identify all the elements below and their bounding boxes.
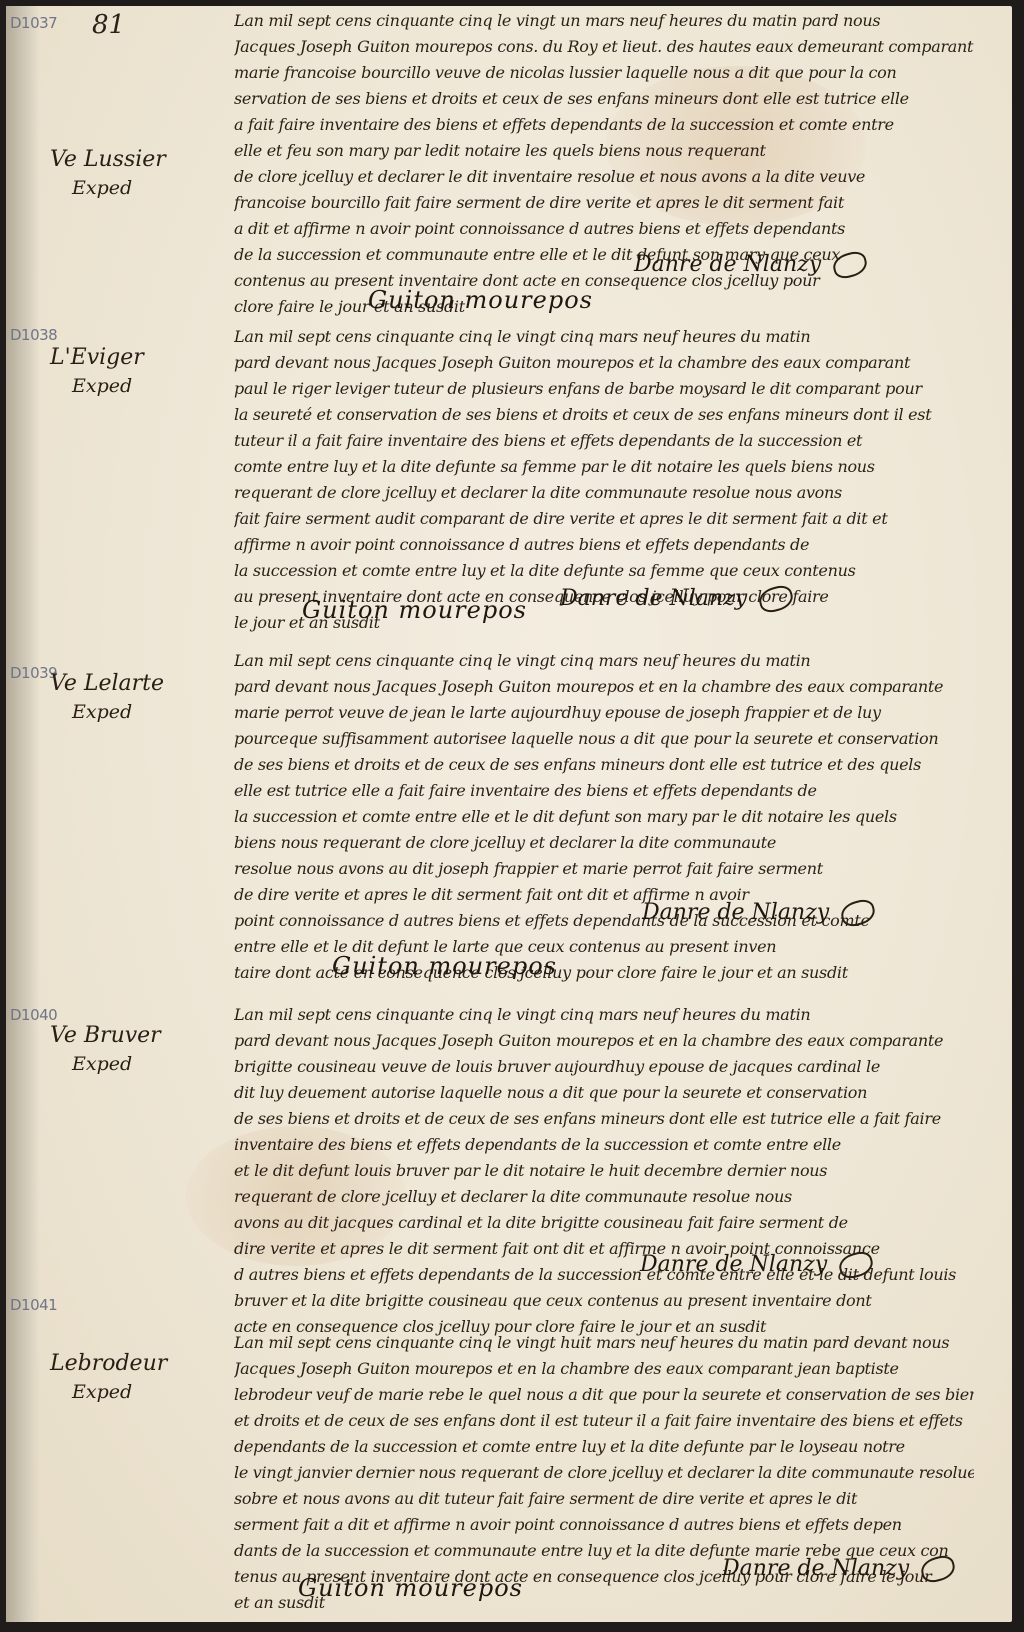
margin-status: Exped: [50, 698, 220, 726]
archive-ref: D1037: [10, 14, 57, 32]
text-line: et droits et de ceux de ses enfans dont …: [234, 1408, 974, 1434]
text-line: a fait faire inventaire des biens et eff…: [234, 112, 974, 138]
archive-ref: D1038: [10, 326, 57, 344]
text-line: a dit et affirme n avoir point connoissa…: [234, 216, 974, 242]
margin-name: Ve Lelarte: [50, 671, 164, 696]
text-line: la succession et comte entre luy et la d…: [234, 558, 974, 584]
margin-status: Exped: [50, 174, 220, 202]
text-line: le vingt janvier dernier nous requerant …: [234, 1460, 974, 1486]
text-line: et le dit defunt louis bruver par le dit…: [234, 1158, 974, 1184]
text-line: paul le riger leviger tuteur de plusieur…: [234, 376, 974, 402]
text-line: de clore jcelluy et declarer le dit inve…: [234, 164, 974, 190]
text-line: inventaire des biens et effets dependant…: [234, 1132, 974, 1158]
text-line: bruver et la dite brigitte cousineau que…: [234, 1288, 974, 1314]
text-line: de ses biens et droits et de ceux de ses…: [234, 1106, 974, 1132]
text-line: francoise bourcillo fait faire serment d…: [234, 190, 974, 216]
text-line: Jacques Joseph Guiton mourepos et en la …: [234, 1356, 974, 1382]
margin-status: Exped: [50, 372, 220, 400]
text-line: comte entre luy et la dite defunte sa fe…: [234, 454, 974, 480]
text-line: marie francoise bourcillo veuve de nicol…: [234, 60, 974, 86]
text-line: marie perrot veuve de jean le larte aujo…: [234, 700, 974, 726]
text-line: la succession et comte entre elle et le …: [234, 804, 974, 830]
text-line: avons au dit jacques cardinal et la dite…: [234, 1210, 974, 1236]
signature-text: Danre de Nlanzy: [722, 1556, 909, 1581]
text-line: Jacques Joseph Guiton mourepos cons. du …: [234, 34, 974, 60]
text-line: fait faire serment audit comparant de di…: [234, 506, 974, 532]
entry-text: Lan mil sept cens cinquante cinq le ving…: [234, 648, 974, 986]
text-line: requerant de clore jcelluy et declarer l…: [234, 480, 974, 506]
text-line: serment fait a dit et affirme n avoir po…: [234, 1512, 974, 1538]
text-line: pourceque suffisamment autorisee laquell…: [234, 726, 974, 752]
text-line: pard devant nous Jacques Joseph Guiton m…: [234, 674, 974, 700]
margin-note: Ve Bruver Exped: [50, 1022, 220, 1078]
signature-official: Guiton mourepos: [298, 1574, 523, 1602]
signature-notary: Danre de Nlanzy: [722, 1556, 955, 1581]
margin-note: Ve Lussier Exped: [50, 146, 220, 202]
text-line: resolue nous avons au dit joseph frappie…: [234, 856, 974, 882]
text-line: tuteur il a fait faire inventaire des bi…: [234, 428, 974, 454]
signature-official: Guiton mourepos: [368, 286, 593, 314]
paraph-icon: [919, 1553, 958, 1585]
text-line: Lan mil sept cens cinquante cinq le ving…: [234, 1002, 974, 1028]
signature-notary: Danre de Nlanzy: [642, 900, 875, 925]
signature-text: Danre de Nlanzy: [640, 1252, 827, 1277]
margin-note: Ve Lelarte Exped: [50, 670, 220, 726]
text-line: Lan mil sept cens cinquante cinq le ving…: [234, 8, 974, 34]
text-line: brigitte cousineau veuve de louis bruver…: [234, 1054, 974, 1080]
margin-name: Ve Bruver: [50, 1023, 161, 1048]
signature-notary: Danre de Nlanzy: [560, 586, 793, 611]
text-line: de ses biens et droits et de ceux de ses…: [234, 752, 974, 778]
text-line: servation de ses biens et droits et ceux…: [234, 86, 974, 112]
paraph-icon: [831, 249, 870, 281]
signature-notary: Danre de Nlanzy: [640, 1252, 873, 1277]
margin-name: Ve Lussier: [50, 147, 166, 172]
text-line: requerant de clore jcelluy et declarer l…: [234, 1184, 974, 1210]
paraph-icon: [839, 897, 878, 929]
archive-ref: D1041: [10, 1296, 57, 1314]
text-line: pard devant nous Jacques Joseph Guiton m…: [234, 1028, 974, 1054]
signature-text: Danre de Nlanzy: [642, 900, 829, 925]
signature-official: Guiton mourepos: [332, 952, 557, 980]
text-line: dependants de la succession et comte ent…: [234, 1434, 974, 1460]
entry-text: Lan mil sept cens cinquante cinq le ving…: [234, 1002, 974, 1340]
signature-text: Danre de Nlanzy: [634, 252, 821, 277]
text-line: Lan mil sept cens cinquante cinq le ving…: [234, 648, 974, 674]
signature-notary: Danre de Nlanzy: [634, 252, 867, 277]
text-line: Lan mil sept cens cinquante cinq le ving…: [234, 1330, 974, 1356]
signature-text: Danre de Nlanzy: [560, 586, 747, 611]
margin-status: Exped: [50, 1378, 220, 1406]
text-line: dit luy deuement autorise laquelle nous …: [234, 1080, 974, 1106]
paraph-icon: [757, 583, 796, 615]
text-line: la seureté et conservation de ses biens …: [234, 402, 974, 428]
manuscript-page: 81 D1037 Ve Lussier Exped Lan mil sept c…: [6, 6, 1012, 1622]
text-line: clore faire le jour et an susdit: [234, 294, 974, 320]
text-line: sobre et nous avons au dit tuteur fait f…: [234, 1486, 974, 1512]
margin-name: Lebrodeur: [50, 1351, 167, 1376]
text-line: affirme n avoir point connoissance d aut…: [234, 532, 974, 558]
margin-status: Exped: [50, 1050, 220, 1078]
text-line: elle et feu son mary par ledit notaire l…: [234, 138, 974, 164]
margin-note: Lebrodeur Exped: [50, 1350, 220, 1406]
folio-number: 81: [92, 10, 125, 40]
margin-note: L'Eviger Exped: [50, 344, 220, 400]
binding-shadow: [6, 6, 40, 1622]
text-line: biens nous requerant de clore jcelluy et…: [234, 830, 974, 856]
text-line: Lan mil sept cens cinquante cinq le ving…: [234, 324, 974, 350]
paraph-icon: [837, 1249, 876, 1281]
text-line: elle est tutrice elle a fait faire inven…: [234, 778, 974, 804]
margin-name: L'Eviger: [50, 345, 144, 370]
signature-official: Guiton mourepos: [302, 596, 527, 624]
text-line: pard devant nous Jacques Joseph Guiton m…: [234, 350, 974, 376]
text-line: lebrodeur veuf de marie rebe le quel nou…: [234, 1382, 974, 1408]
